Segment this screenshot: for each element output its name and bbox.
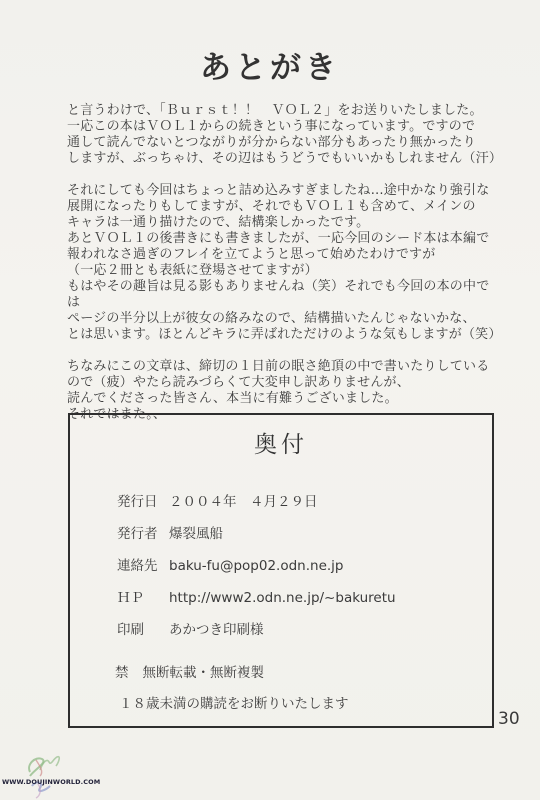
afterword-body: と言うわけで、「Ｂｕｒｓｔ！！ ＶＯＬ２」をお送りいたしました。 一応この本はＶ… (67, 103, 497, 439)
colophon-row-publish-date: 発行日 ２００４年 ４月２９日 (117, 492, 482, 512)
colophon-row-value: ２００４年 ４月２９日 (169, 492, 482, 512)
colophon-row-value: あかつき印刷様 (169, 620, 482, 640)
colophon-row-value: baku-fu@pop02.odn.ne.jp (169, 556, 482, 576)
watermark: WWW.DOUJINWORLD.COM (2, 750, 92, 800)
prohibition-label: 禁 (115, 661, 129, 681)
age-restriction-notice: １８歳未満の購読をお断りいたします (119, 692, 349, 712)
colophon-row-label: 連絡先 (117, 556, 169, 576)
watermark-text: WWW.DOUJINWORLD.COM (2, 778, 100, 786)
colophon-row-label: 発行者 (117, 524, 169, 544)
colophon-box: 奥付 発行日 ２００４年 ４月２９日 発行者 爆裂風船 連絡先 baku-fu@… (68, 413, 494, 728)
prohibition-text: 無断転載・無断複製 (143, 661, 265, 681)
colophon-row-label: 発行日 (117, 492, 169, 512)
colophon-rows: 発行日 ２００４年 ４月２９日 発行者 爆裂風船 連絡先 baku-fu@pop… (117, 492, 482, 652)
colophon-row-publisher: 発行者 爆裂風船 (117, 524, 482, 544)
colophon-row-label: ＨＰ (117, 588, 169, 608)
page-number: 30 (498, 709, 520, 729)
colophon-title: 奥付 (70, 426, 492, 459)
colophon-row-label: 印刷 (117, 620, 169, 640)
afterword-paragraph-2: それにしても今回はちょっと詰め込みすぎましたね…途中かなり強引な 展開になったり… (67, 183, 497, 343)
afterword-paragraph-1: と言うわけで、「Ｂｕｒｓｔ！！ ＶＯＬ２」をお送りいたしました。 一応この本はＶ… (67, 103, 497, 167)
colophon-row-printer: 印刷 あかつき印刷様 (117, 620, 482, 640)
page-title: あとがき (0, 42, 540, 87)
prohibition-notice: 禁 無断転載・無断複製 (115, 661, 264, 681)
watermark-logo-scribble-icon (16, 750, 72, 800)
colophon-row-contact-email: 連絡先 baku-fu@pop02.odn.ne.jp (117, 556, 482, 576)
colophon-row-homepage: ＨＰ http://www2.odn.ne.jp/~bakuretu (117, 588, 482, 608)
colophon-row-value: http://www2.odn.ne.jp/~bakuretu (169, 588, 482, 608)
colophon-row-value: 爆裂風船 (169, 524, 482, 544)
